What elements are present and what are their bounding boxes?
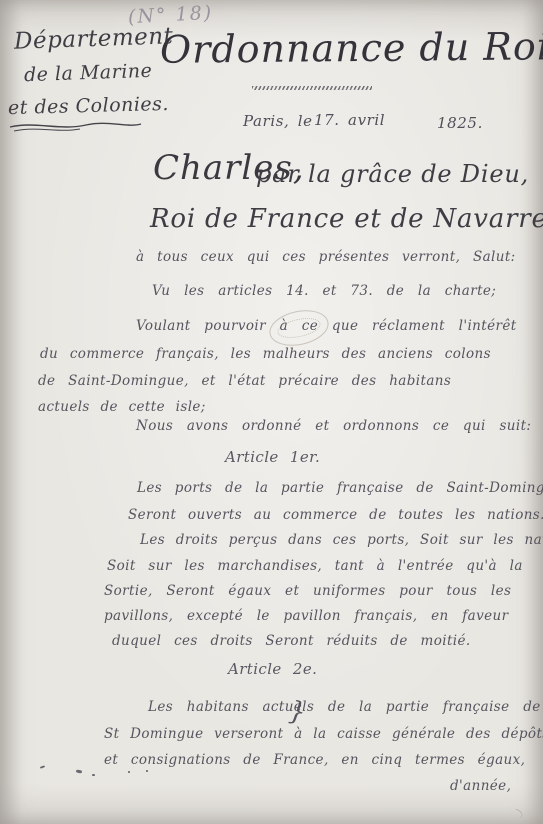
royal-by-grace: par la grâce de Dieu,: [256, 160, 529, 188]
ink-speck: [92, 774, 95, 776]
preamble-voulant-line3: de Saint-Domingue, et l'état précaire de…: [38, 373, 451, 389]
dateline-day: 17. avril: [314, 111, 385, 129]
preamble-voulant-line2: du commerce français, les malheurs des a…: [40, 346, 491, 362]
ink-speck: [128, 771, 130, 773]
article1-line3: Les droits perçus dans ces ports, Soit s…: [140, 532, 543, 548]
title-flourish-rule-icon: [252, 86, 372, 90]
preamble-voulant-line4: actuels de cette isle;: [38, 399, 206, 415]
article1-line6: pavillons, excepté le pavillon français,…: [104, 608, 509, 624]
royal-address-line: à tous ceux qui ces présentes verront, S…: [136, 249, 516, 265]
letterhead-department-line2: de la Marine: [24, 60, 153, 86]
article1-heading: Article 1er.: [225, 448, 320, 466]
article2-heading: Article 2e.: [228, 660, 317, 678]
ink-speck: [146, 770, 148, 772]
article1-line5: Sortie, Seront égaux et uniformes pour t…: [104, 583, 511, 599]
letterhead-department-line1: Département: [14, 23, 174, 55]
royal-title-line: Roi de France et de Navarre,: [150, 204, 543, 234]
corner-pencil-mark: [513, 808, 524, 818]
article1-line7: duquel ces droits Seront réduits de moit…: [112, 633, 471, 649]
preamble-voulant-line1: Voulant pourvoir à ce que réclament l'in…: [136, 318, 517, 334]
preamble-vu-line: Vu les articles 14. et 73. de la charte;: [152, 283, 496, 299]
article1-line2: Seront ouverts au commerce de toutes les…: [128, 507, 543, 523]
article1-line1: Les ports de la partie française de Sain…: [137, 480, 543, 496]
dateline-year: 1825.: [437, 114, 483, 132]
insertion-brace-mark: }: [287, 696, 308, 728]
dateline-place: Paris, le: [243, 112, 313, 130]
article1-line4: Soit sur les marchandises, tant à l'entr…: [107, 558, 523, 574]
manuscript-page: (N° 18) Département de la Marine et des …: [0, 0, 543, 824]
article2-line2: St Domingue verseront à la caisse généra…: [104, 726, 543, 742]
ink-speck: [40, 765, 45, 768]
page-title: Ordonnance du Roi.: [160, 24, 543, 72]
preamble-enacting-line: Nous avons ordonné et ordonnons ce qui s…: [136, 418, 531, 434]
catchword: d'année,: [450, 778, 511, 794]
letterhead-department-line3: et des Colonies.: [8, 93, 169, 119]
ink-speck: [76, 769, 82, 773]
article2-line3: et consignations de France, en cinq term…: [104, 752, 525, 768]
article2-line1: Les habitans actuels de la partie frança…: [148, 699, 541, 715]
flourish-underline-icon: [8, 118, 144, 134]
